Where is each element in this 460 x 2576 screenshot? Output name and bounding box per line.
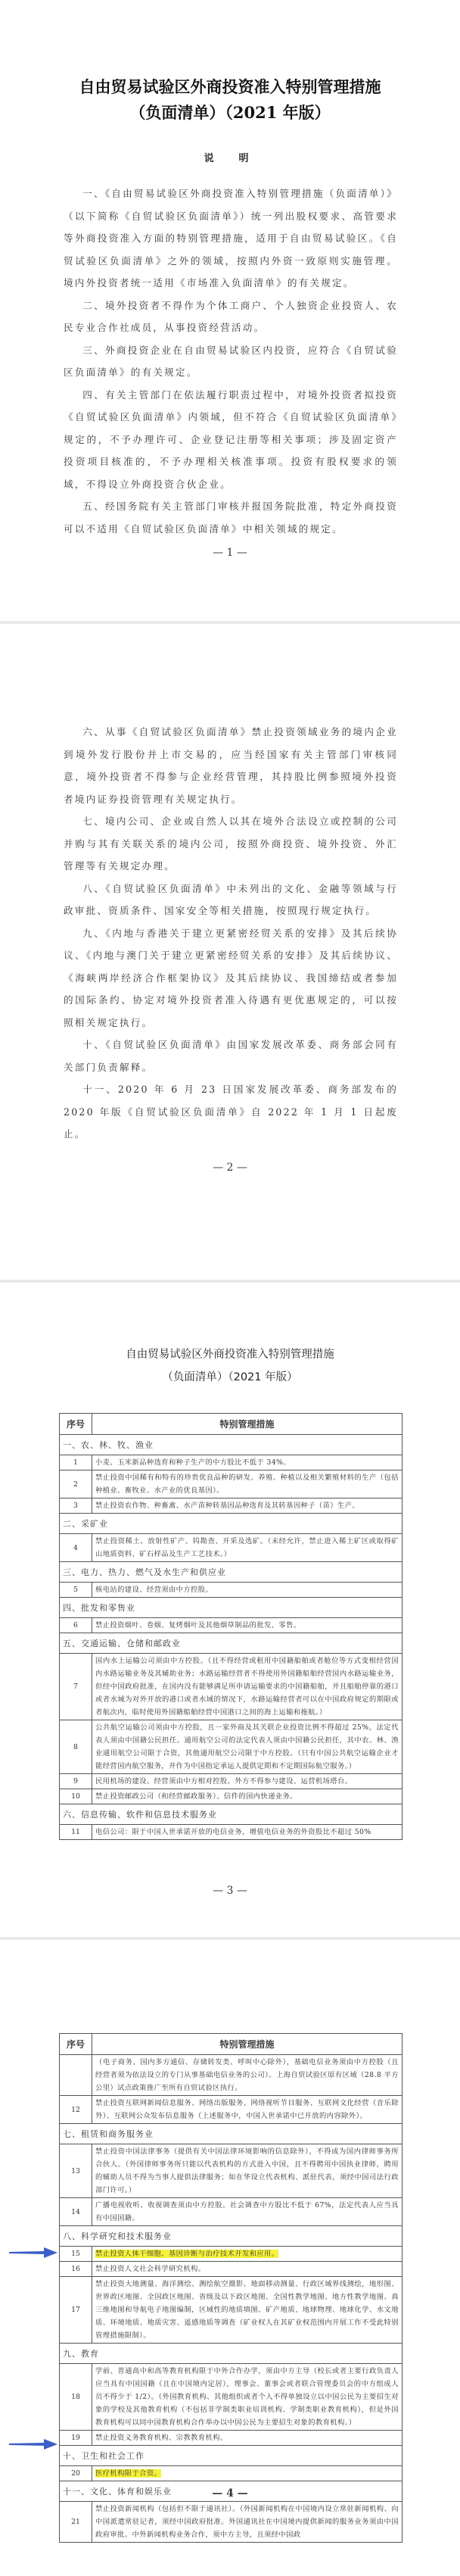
document-title-line2: （负面清单）（2021 年版） — [0, 100, 460, 126]
category-row: 三、电力、热力、燃气及水生产和供应业 — [60, 1562, 402, 1583]
page-number: — 3 — — [0, 1885, 460, 1897]
table-row: 18学前、普通高中和高等教育机构限于中外合作办学，须由中方主导（校长或者主要行政… — [60, 2364, 402, 2431]
negative-list-table-continued: 序号 特别管理措施 （电子商务、国内多方通信、存储转发类、呼叫中心除外），基础电… — [59, 2033, 402, 2543]
category-row: 九、教育 — [60, 2344, 402, 2364]
paragraph: 四、有关主管部门在依法履行职责过程中，对境外投资者拟投资《自贸试验区负面清单》内… — [64, 384, 398, 496]
category-row: 十、卫生和社会工作 — [60, 2446, 402, 2466]
category-row: 五、交通运输、仓储和邮政业 — [60, 1633, 402, 1654]
table-row: 5核电站的建设、经营须由中方控股。 — [60, 1583, 402, 1598]
table-row-highlighted: 15禁止投资人体干细胞、基因诊断与治疗技术开发和应用。 — [60, 2247, 402, 2262]
paragraph: 九、《内地与香港关于建立更紧密经贸关系的安排》及其后续协议、《内地与澳门关于建立… — [64, 922, 398, 1034]
category-row: 二、采矿业 — [60, 1514, 402, 1534]
paragraph: 五、经国务院有关主管部门审核并报国务院批准，特定外商投资可以不适用《自贸试验区负… — [64, 495, 398, 540]
page-number: — 1 — — [0, 547, 460, 559]
paragraph: 二、境外投资者不得作为个体工商户、个人独资企业投资人、农民专业合作社成员，从事投… — [64, 295, 398, 339]
table-row: 16禁止投资人文社会科学研究机构。 — [60, 2262, 402, 2277]
blue-arrow-icon — [9, 2439, 57, 2450]
category-row: 四、批发和零售业 — [60, 1598, 402, 1618]
paragraph: 七、境内公司、企业或自然人以其在境外合法设立或控制的公司并购与其有关联关系的境内… — [64, 810, 398, 878]
table-row: 13禁止投资中国法律事务（提供有关中国法律环境影响的信息除外），不得成为国内律师… — [60, 2144, 402, 2198]
negative-list-table: 序号 特别管理措施 一、农、林、牧、渔业 1小麦、玉米新品种选育和种子生产的中方… — [59, 1413, 402, 1840]
table-row: 4禁止投资稀土、放射性矿产、钨勘查、开采及选矿。（未经允许，禁止进入稀土矿区或取… — [60, 1534, 402, 1562]
table-row: 17禁止投资大地测量、海洋测绘、测绘航空摄影、地面移动测量、行政区域界线测绘，地… — [60, 2277, 402, 2344]
table-header-row: 序号 特别管理措施 — [60, 1414, 402, 1435]
category-row: 七、租赁和商务服务业 — [60, 2124, 402, 2144]
table-row: 7国内水上运输公司须由中方控股。（且不得经营或租用中国籍船舶或者舱位等方式变相经… — [60, 1654, 402, 1720]
table-row: 2禁止投资中国稀有和特有的珍贵优良品种的研发、养殖、种植以及相关繁殖材料的生产（… — [60, 1470, 402, 1499]
table-row: 8公共航空运输公司须由中方控股，且一家外商及其关联企业投资比例不得超过 25%，… — [60, 1720, 402, 1774]
table-row: 3禁止投资农作物、种畜禽、水产苗种转基因品种选育及其转基因种子（苗）生产。 — [60, 1499, 402, 1514]
paragraph: 十、《自贸试验区负面清单》由国家发展改革委、商务部会同有关部门负责解释。 — [64, 1034, 398, 1078]
category-row: 六、信息传输、软件和信息技术服务业 — [60, 1804, 402, 1825]
page-4: 序号 特别管理措施 （电子商务、国内多方通信、存储转发类、呼叫中心除外），基础电… — [0, 1940, 460, 2576]
page-number: — 4 — — [0, 2487, 460, 2500]
table-row: 14广播电视收听、收视调查须由中方控股。社会调查中方股比不低于 67%，法定代表… — [60, 2198, 402, 2226]
table-title-line1: 自由贸易试验区外商投资准入特别管理措施 — [0, 1343, 460, 1366]
paragraph: 八、《自贸试验区负面清单》中未列出的文化、金融等领域与行政审批、资质条件、国家安… — [64, 878, 398, 922]
column-header-measure: 特别管理措施 — [92, 1414, 402, 1435]
page-number: — 2 — — [0, 1162, 460, 1174]
page-1: 自由贸易试验区外商投资准入特别管理措施 （负面清单）（2021 年版） 说 明 … — [0, 0, 460, 621]
highlighted-text: 禁止投资人体干细胞、基因诊断与治疗技术开发和应用。 — [95, 2250, 278, 2258]
paragraph: 一、《自由贸易试验区外商投资准入特别管理措施（负面清单）》（以下简称《自贸试验区… — [64, 182, 398, 295]
document-title-line1: 自由贸易试验区外商投资准入特别管理措施 — [0, 74, 460, 100]
table-row-highlighted: 20医疗机构限于合资。 — [60, 2466, 402, 2481]
column-header-no: 序号 — [60, 2034, 92, 2055]
paragraph: 十一、2020 年 6 月 23 日国家发展改革委、商务部发布的 2020 年版… — [64, 1078, 398, 1146]
category-row: 一、农、林、牧、渔业 — [60, 1435, 402, 1455]
category-row: 八、科学研究和技术服务业 — [60, 2226, 402, 2247]
table-row: （电子商务、国内多方通信、存储转发类、呼叫中心除外），基础电信业务须由中方控股（… — [60, 2055, 402, 2096]
table-row: 19禁止投资义务教育机构、宗教教育机构。 — [60, 2431, 402, 2446]
notes-heading: 说 明 — [0, 150, 460, 164]
column-header-no: 序号 — [60, 1414, 92, 1435]
paragraph: 三、外商投资企业在自由贸易试验区内投资，应符合《自贸试验区负面清单》的有关规定。 — [64, 339, 398, 384]
blue-arrow-icon — [9, 2247, 57, 2258]
table-row: 9民用机场的建设、经营须由中方相对控股。外方不得参与建设、运营机场塔台。 — [60, 1774, 402, 1789]
column-header-measure: 特别管理措施 — [92, 2034, 402, 2055]
table-title-line2: （负面清单）（2021 年版） — [0, 1366, 460, 1389]
page-3: 自由贸易试验区外商投资准入特别管理措施 （负面清单）（2021 年版） 序号 特… — [0, 1283, 460, 1937]
table-row: 6禁止投资烟叶、卷烟、复烤烟叶及其他烟草制品的批发、零售。 — [60, 1618, 402, 1633]
table-row: 12禁止投资互联网新闻信息服务、网络出版服务、网络视听节目服务、互联网文化经营（… — [60, 2096, 402, 2124]
table-row: 1小麦、玉米新品种选育和种子生产的中方股比不低于 34%。 — [60, 1455, 402, 1470]
paragraph: 六、从事《自贸试验区负面清单》禁止投资领域业务的境内企业到境外发行股份并上市交易… — [64, 721, 398, 810]
table-row: 11电信公司：限于中国入世承诺开放的电信业务，增值电信业务的外资股比不超过 50… — [60, 1825, 402, 1840]
table-row: 21禁止投资新闻机构（包括但不限于通讯社）。（外国新闻机构在中国境内设立常驻新闻… — [60, 2502, 402, 2543]
table-header-row: 序号 特别管理措施 — [60, 2034, 402, 2055]
table-row: 10禁止投资邮政公司（和经营邮政服务）、信件的国内快递业务。 — [60, 1789, 402, 1804]
highlighted-text: 医疗机构限于合资。 — [95, 2469, 161, 2478]
page-2: 六、从事《自贸试验区负面清单》禁止投资领域业务的境内企业到境外发行股份并上市交易… — [0, 624, 460, 1280]
